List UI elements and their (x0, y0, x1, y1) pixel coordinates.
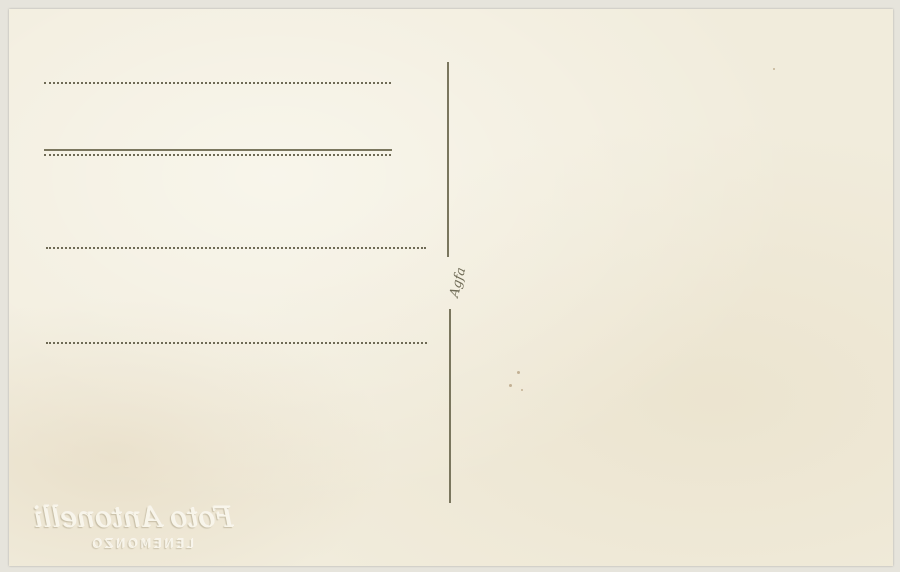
center-divider-bottom (449, 309, 451, 503)
address-line-4 (46, 342, 427, 344)
foxing-spot (521, 389, 523, 391)
foxing-spot (509, 384, 512, 387)
address-line-1 (44, 82, 391, 84)
embossed-photographer-signature: Foto Antonelli (33, 501, 233, 534)
center-divider-top (447, 62, 449, 257)
embossed-city-name: LENEMONZO (89, 537, 193, 551)
foxing-spot (773, 68, 775, 70)
address-line-3 (46, 247, 426, 249)
address-line-2 (44, 154, 391, 156)
address-line-2-solid (44, 149, 392, 151)
foxing-spot (517, 371, 520, 374)
postcard-back: Agfa Foto Antonelli LENEMONZO (9, 9, 893, 566)
agfa-brand-text: Agfa (447, 266, 469, 299)
